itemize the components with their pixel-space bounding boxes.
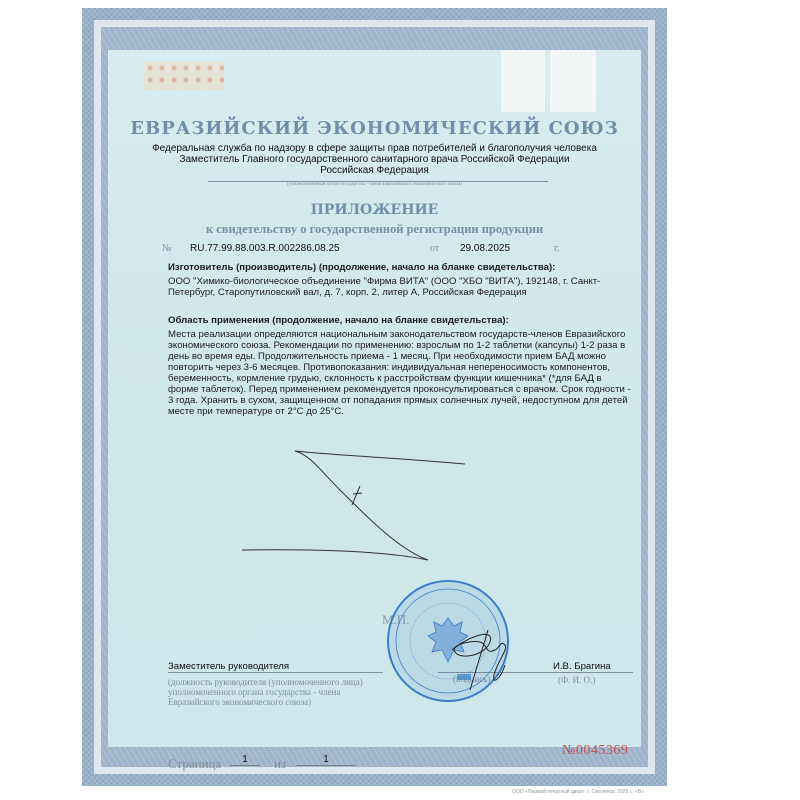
signatory-name: И.В. Брагина bbox=[553, 661, 611, 672]
position-line bbox=[168, 672, 383, 673]
name-caption: (Ф. И. О.) bbox=[558, 675, 595, 685]
blank-field bbox=[550, 50, 596, 112]
appendix-subtitle: к свидетельству о государственной регист… bbox=[108, 222, 641, 237]
registration-date: 29.08.2025 bbox=[460, 243, 510, 254]
authority-caption: (уполномоченный орган государства - член… bbox=[108, 182, 641, 187]
authority-line: Федеральная служба по надзору в сфере за… bbox=[108, 143, 641, 154]
of-label: из bbox=[274, 756, 286, 772]
position-caption: (должность руководителя (уполномоченного… bbox=[168, 677, 378, 707]
manufacturer-section: Изготовитель (производитель) (продолжени… bbox=[168, 262, 633, 298]
manufacturer-text: ООО "Химико-биологическое объединение "Ф… bbox=[168, 276, 633, 298]
appendix-title: ПРИЛОЖЕНИЕ bbox=[108, 202, 641, 218]
document-panel: ЕВРАЗИЙСКИЙ ЭКОНОМИЧЕСКИЙ СОЮЗ Федеральн… bbox=[108, 50, 641, 747]
scope-heading: Область применения (продолжение, начало … bbox=[168, 315, 633, 326]
union-title: ЕВРАЗИЙСКИЙ ЭКОНОМИЧЕСКИЙ СОЮЗ bbox=[108, 118, 641, 139]
blank-field bbox=[501, 50, 545, 112]
scope-section: Область применения (продолжение, начало … bbox=[168, 315, 633, 417]
authority-block: Федеральная служба по надзору в сфере за… bbox=[108, 143, 641, 176]
date-label: от bbox=[430, 243, 439, 254]
scope-text: Места реализации определяются национальн… bbox=[168, 329, 633, 417]
registration-number: RU.77.99.88.003.R.002286.08.25 bbox=[190, 243, 340, 254]
manufacturer-heading: Изготовитель (производитель) (продолжени… bbox=[168, 262, 633, 273]
year-suffix: г. bbox=[554, 243, 559, 254]
official-stamp-icon bbox=[385, 578, 511, 704]
page-number: 1 bbox=[230, 754, 260, 766]
printer-imprint: ООО «Первый печатный двор», г. Смоленск,… bbox=[512, 789, 645, 795]
document-border: ЕВРАЗИЙСКИЙ ЭКОНОМИЧЕСКИЙ СОЮЗ Федеральн… bbox=[82, 8, 667, 786]
page-total: 1 bbox=[296, 754, 356, 766]
hologram-strip bbox=[144, 62, 224, 90]
signatory-position: Заместитель руководителя bbox=[168, 661, 289, 672]
serial-number: №0045369 bbox=[562, 743, 628, 759]
number-label: № bbox=[162, 243, 172, 254]
authority-line: Заместитель Главного государственного са… bbox=[108, 154, 641, 165]
page-label: Страница bbox=[168, 756, 221, 772]
authority-line: Российская Федерация bbox=[108, 165, 641, 176]
